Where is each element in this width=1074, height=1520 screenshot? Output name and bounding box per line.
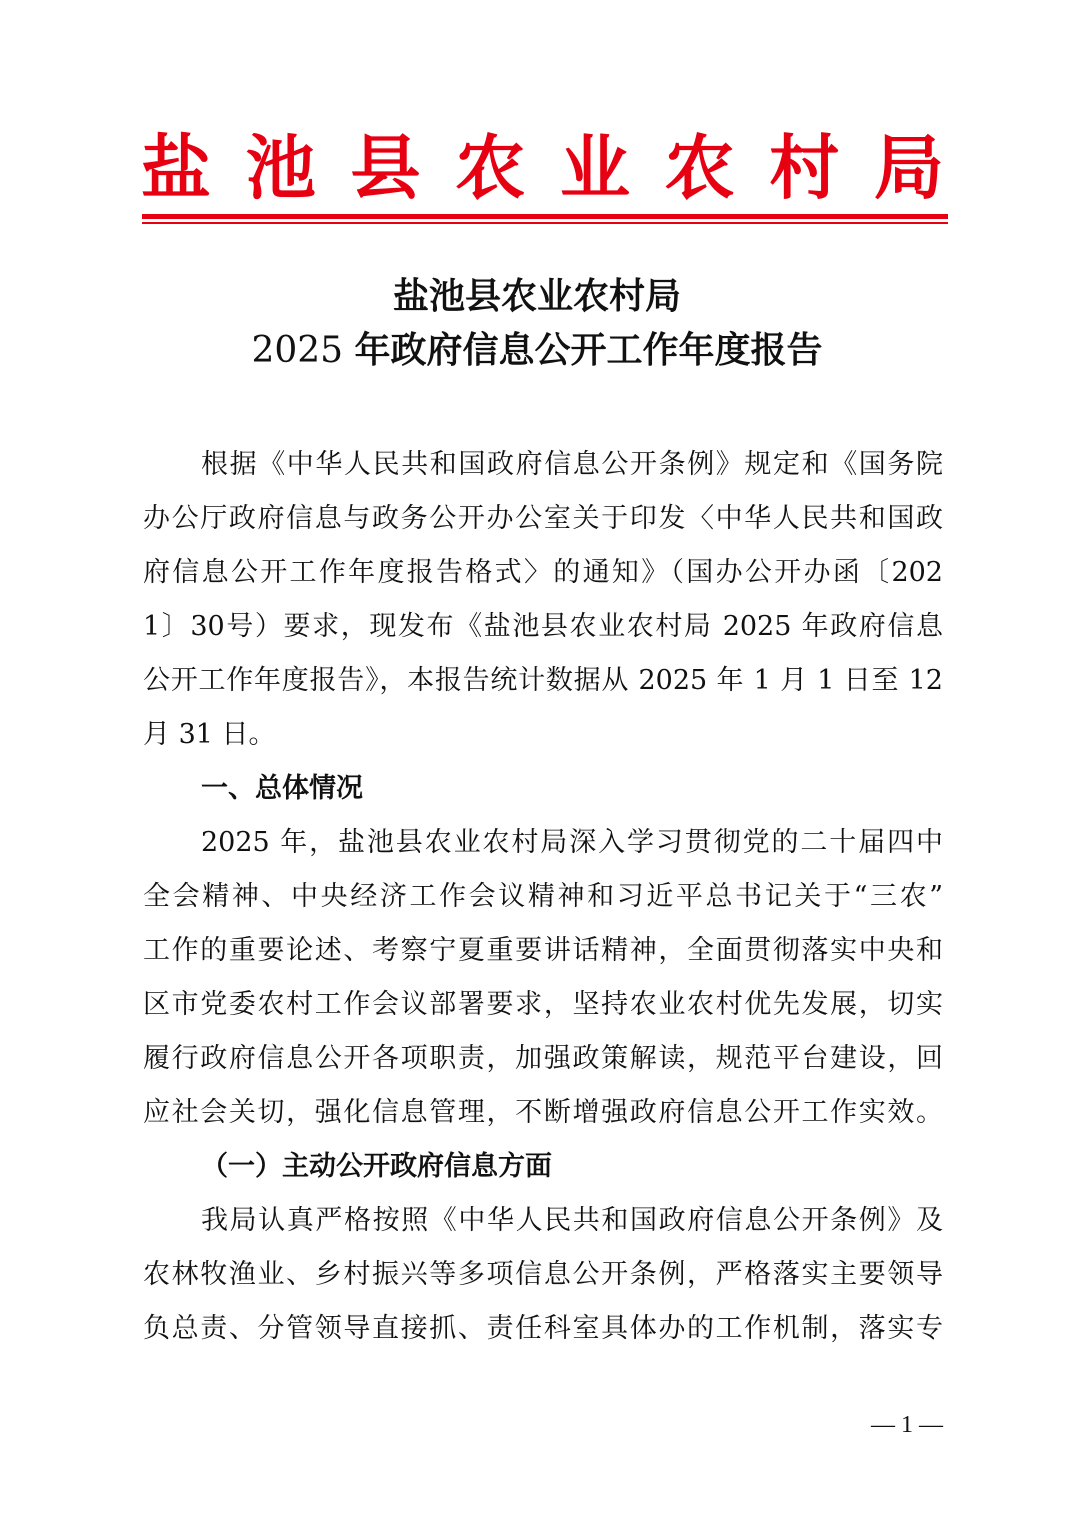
paragraph-line: 我局认真严格按照《中华人民共和国政府信息公开条例》及 [143,1194,943,1248]
masthead-char: 农 [664,128,736,208]
paragraph-line: 农林牧渔业、乡村振兴等多项信息公开条例，严格落实主要领导 [143,1248,943,1302]
masthead-char: 盐 [140,128,212,208]
paragraph-line: 2025 年，盐池县农业农村局深入学习贯彻党的二十届四中 [143,816,943,870]
document-title-line2: 2025 年政府信息公开工作年度报告 [0,326,1074,375]
paragraph-line: 月 31 日。 [143,708,943,762]
document-title-year: 2025 [251,330,343,371]
page-number: — 1 — [862,1412,952,1439]
masthead-rule-thick [142,214,948,219]
paragraph-line: 公开工作年度报告》，本报告统计数据从 2025 年 1 月 1 日至 12 [143,654,943,708]
masthead-char: 业 [559,128,631,208]
document-title-line1: 盐池县农业农村局 [0,272,1074,320]
masthead-char: 县 [349,128,421,208]
paragraph-line: 办公厅政府信息与政务公开办公室关于印发〈中华人民共和国政 [143,492,943,546]
paragraph-line: 负总责、分管领导直接抓、责任科室具体办的工作机制，落实专 [143,1302,943,1356]
subsection-heading: （一）主动公开政府信息方面 [143,1140,943,1194]
paragraph-line: 应社会关切，强化信息管理，不断增强政府信息公开工作实效。 [143,1086,943,1140]
paragraph-line: 履行政府信息公开各项职责，加强政策解读，规范平台建设，回 [143,1032,943,1086]
masthead-title: 盐 池 县 农 业 农 村 局 [140,128,945,208]
masthead-char: 村 [768,128,840,208]
paragraph-line: 工作的重要论述、考察宁夏重要讲话精神，全面贯彻落实中央和 [143,924,943,978]
paragraph-line: 根据《中华人民共和国政府信息公开条例》规定和《国务院 [143,438,943,492]
masthead-char: 农 [454,128,526,208]
masthead-char: 池 [245,128,317,208]
document-title-rest: 年政府信息公开工作年度报告 [355,329,823,371]
masthead-char: 局 [873,128,945,208]
paragraph-line: 区市党委农村工作会议部署要求，坚持农业农村优先发展，切实 [143,978,943,1032]
document-body: 根据《中华人民共和国政府信息公开条例》规定和《国务院 办公厅政府信息与政务公开办… [143,438,943,1356]
paragraph-line: 全会精神、中央经济工作会议精神和习近平总书记关于“三农” [143,870,943,924]
document-page: 盐 池 县 农 业 农 村 局 盐池县农业农村局 2025 年政府信息公开工作年… [0,0,1074,1520]
section-heading: 一、总体情况 [143,762,943,816]
paragraph-line: 府信息公开工作年度报告格式〉的通知》（国办公开办函〔202 [143,546,943,600]
masthead-rule-thin [142,222,948,224]
paragraph-line: 1〕30号）要求，现发布《盐池县农业农村局 2025 年政府信息 [143,600,943,654]
